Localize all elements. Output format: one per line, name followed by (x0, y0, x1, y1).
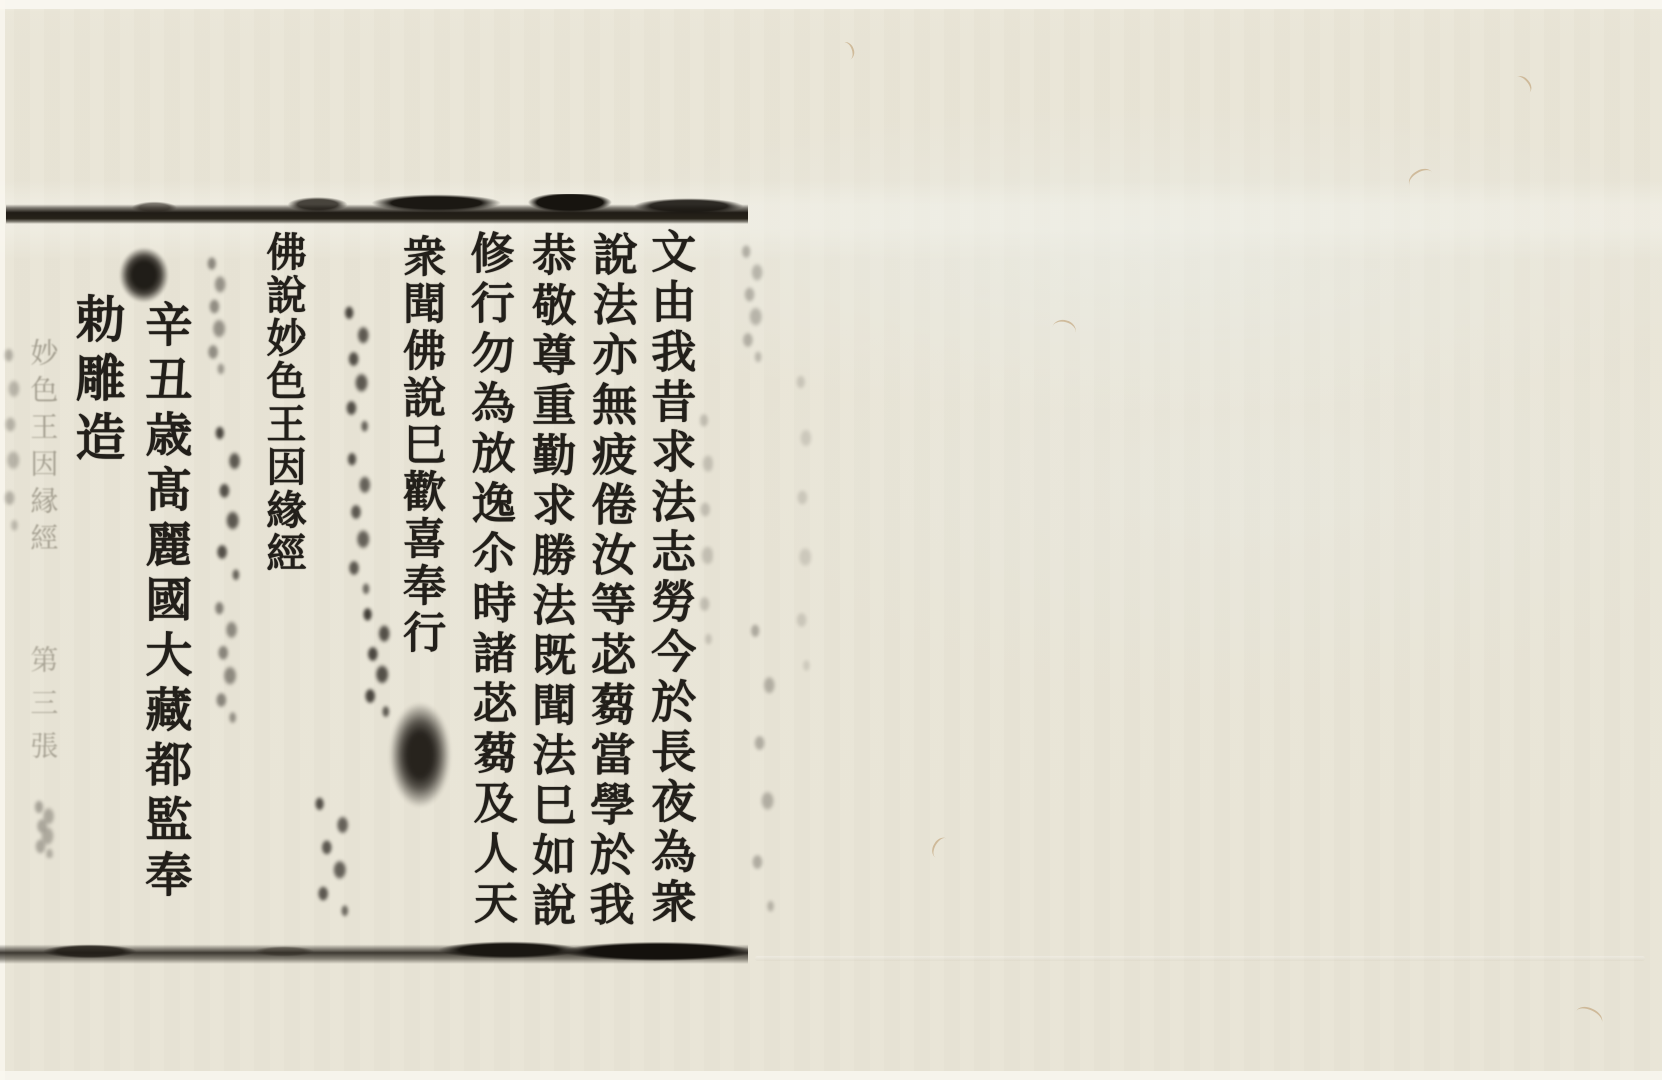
sutra-title-column: 佛說妙色王因緣經 (262, 231, 304, 575)
paper-fiber (1511, 73, 1535, 97)
colophon-column: 辛丑歳髙麗國大藏都監奉 (140, 300, 189, 905)
sutra-column-4: 修行勿為放逸尒時諸苾蒭及人天 (464, 230, 514, 930)
paper-fiber (929, 834, 954, 861)
paper-crease (755, 956, 1645, 961)
faint-margin-mark (30, 800, 60, 858)
sutra-column-1: 文由我昔求法志勞今於長夜為衆 (646, 228, 693, 928)
paper-texture (0, 0, 1662, 1080)
paper-fiber (837, 40, 856, 62)
top-border-rule (6, 194, 748, 224)
ink-smudge (204, 248, 230, 378)
paper-edge (0, 0, 1662, 9)
sutra-sheet: 文由我昔求法志勞今於長夜為衆 說法亦無疲倦汝等苾蒭當學於我 恭敬尊重勤求勝法既聞… (0, 0, 1662, 1080)
edict-column: 勅雕造 (70, 293, 123, 470)
margin-sheet-number: 第三張 (28, 645, 57, 774)
set-off-stain (700, 388, 713, 658)
ink-smudge (352, 600, 404, 720)
ink-smudge (208, 592, 246, 727)
paper-fiber (1405, 165, 1437, 194)
ink-smudge (206, 412, 252, 587)
set-off-stain (742, 590, 786, 930)
paper-edge (0, 1071, 1662, 1080)
faint-margin-mark (4, 330, 20, 540)
set-off-stain (796, 340, 812, 690)
bottom-border-rule (0, 936, 748, 964)
sutra-column-5: 衆聞佛說巳歡喜奉行 (398, 234, 443, 657)
ink-smudge (336, 296, 380, 436)
margin-title-label: 妙色王因縁經 (28, 338, 57, 560)
ink-blot (388, 700, 452, 810)
ink-smudge (340, 440, 380, 600)
set-off-stain (736, 236, 770, 366)
paper-fiber (1050, 317, 1078, 343)
sutra-column-3: 恭敬尊重勤求勝法既聞法巳如說 (526, 232, 572, 932)
sutra-column-2: 說法亦無疲倦汝等苾蒭當學於我 (584, 231, 635, 931)
paper-edge (0, 0, 5, 1080)
ink-blot (118, 246, 170, 304)
paper-fiber (1573, 1003, 1606, 1031)
ink-smudge (298, 788, 370, 920)
